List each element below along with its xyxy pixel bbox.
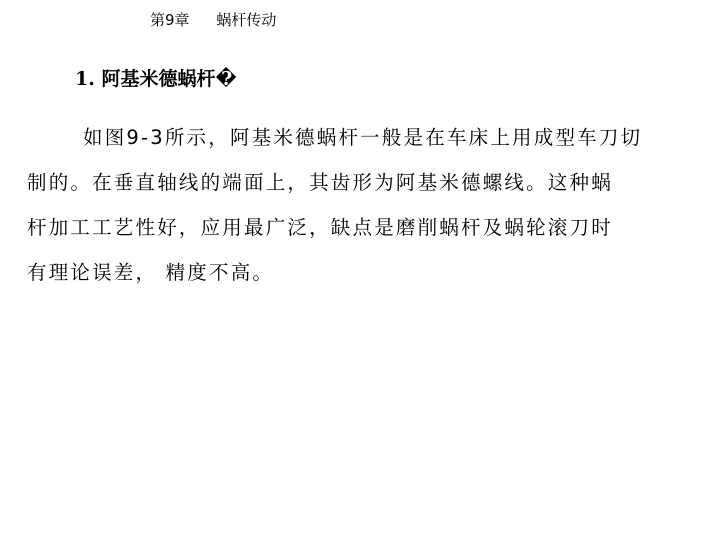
paragraph-line: 制的。在垂直轴线的端面上，其齿形为阿基米德螺线。这种蜗 <box>27 160 702 205</box>
paragraph-line: 杆加工工艺性好，应用最广泛，缺点是磨削蜗杆及蜗轮滚刀时 <box>27 205 702 250</box>
section-heading: 1. 阿基米德蜗杆� <box>75 64 237 94</box>
chapter-title: 蜗杆传动 <box>216 10 276 30</box>
page-header: 第9章 蜗杆传动 <box>150 10 276 30</box>
body-paragraph: 如图9-3所示，阿基米德蜗杆一般是在车床上用成型车刀切 制的。在垂直轴线的端面上… <box>27 115 702 295</box>
paragraph-line: 如图9-3所示，阿基米德蜗杆一般是在车床上用成型车刀切 <box>27 115 702 160</box>
chapter-number: 第9章 <box>150 10 190 30</box>
paragraph-line: 有理论误差， 精度不高。 <box>27 250 702 295</box>
